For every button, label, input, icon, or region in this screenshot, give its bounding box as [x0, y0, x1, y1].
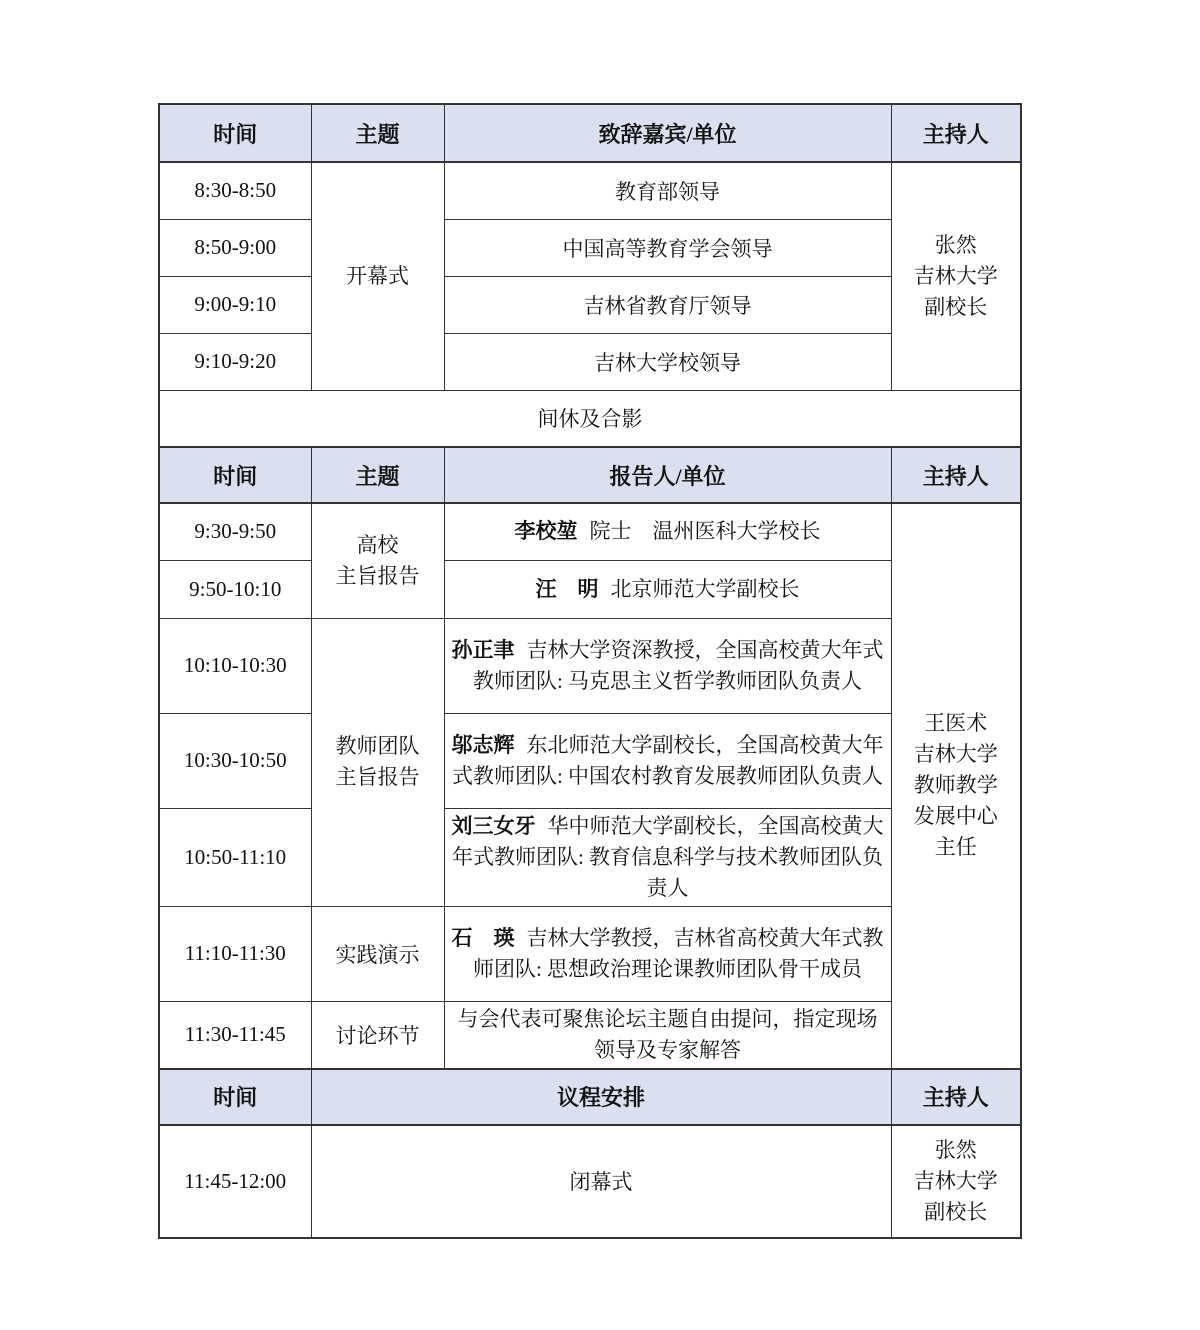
- guest-cell: 中国高等教育学会领导: [444, 219, 891, 276]
- host-cell-report: 王医术 吉林大学 教师教学 发展中心 主任: [891, 503, 1021, 1069]
- time-cell: 8:30-8:50: [159, 162, 311, 219]
- speaker-cell: 孙正聿吉林大学资深教授，全国高校黄大年式教师团队: 马克思主义哲学教师团队负责人: [444, 618, 891, 713]
- time-cell: 9:30-9:50: [159, 503, 311, 560]
- s3-header-agenda: 议程安排: [311, 1069, 891, 1125]
- time-cell: 11:45-12:00: [159, 1125, 311, 1238]
- break-row: 间休及合影: [159, 390, 1021, 447]
- time-cell: 10:10-10:30: [159, 618, 311, 713]
- speaker-cell: 刘三女牙华中师范大学副校长，全国高校黄大年式教师团队: 教育信息科学与技术教师团…: [444, 808, 891, 906]
- speaker-name: 邬志辉: [452, 733, 515, 757]
- speaker-cell: 李校堃院士 温州医科大学校长: [444, 503, 891, 560]
- report-header-row: 时间 主题 报告人/单位 主持人: [159, 447, 1021, 503]
- topic-cell-university-keynote: 高校 主旨报告: [311, 503, 444, 618]
- speaker-desc: 吉林大学资深教授，全国高校黄大年式教师团队: 马克思主义哲学教师团队负责人: [473, 638, 884, 693]
- topic-cell-team-keynote: 教师团队 主旨报告: [311, 618, 444, 906]
- topic-cell-practice-demo: 实践演示: [311, 906, 444, 1001]
- time-cell: 9:10-9:20: [159, 333, 311, 390]
- s3-header-time: 时间: [159, 1069, 311, 1125]
- time-cell: 9:50-10:10: [159, 560, 311, 618]
- guest-cell: 吉林大学校领导: [444, 333, 891, 390]
- s3-header-host: 主持人: [891, 1069, 1021, 1125]
- s1-header-host: 主持人: [891, 104, 1021, 162]
- speaker-cell: 汪 明北京师范大学副校长: [444, 560, 891, 618]
- speaker-cell: 石 瑛吉林大学教授，吉林省高校黄大年式教师团队: 思想政治理论课教师团队骨干成员: [444, 906, 891, 1001]
- table-row: 11:45-12:00 闭幕式 张然 吉林大学 副校长: [159, 1125, 1021, 1238]
- s2-header-time: 时间: [159, 447, 311, 503]
- speaker-name: 李校堃: [515, 519, 578, 543]
- speaker-desc: 吉林大学教授，吉林省高校黄大年式教师团队: 思想政治理论课教师团队骨干成员: [473, 926, 884, 981]
- s2-header-topic: 主题: [311, 447, 444, 503]
- table-row: 8:30-8:50 开幕式 教育部领导 张然 吉林大学 副校长: [159, 162, 1021, 219]
- speaker-desc: 东北师范大学副校长，全国高校黄大年式教师团队: 中国农村教育发展教师团队负责人: [452, 733, 884, 788]
- speaker-name: 石 瑛: [452, 926, 515, 950]
- speaker-name: 刘三女牙: [452, 814, 536, 838]
- s2-header-speaker: 报告人/单位: [444, 447, 891, 503]
- speaker-cell: 邬志辉东北师范大学副校长，全国高校黄大年式教师团队: 中国农村教育发展教师团队负…: [444, 713, 891, 808]
- speaker-desc: 北京师范大学副校长: [611, 577, 800, 601]
- table-row: 9:30-9:50 高校 主旨报告 李校堃院士 温州医科大学校长 王医术 吉林大…: [159, 503, 1021, 560]
- guest-cell: 教育部领导: [444, 162, 891, 219]
- s1-header-topic: 主题: [311, 104, 444, 162]
- guest-cell: 吉林省教育厅领导: [444, 276, 891, 333]
- time-cell: 10:30-10:50: [159, 713, 311, 808]
- time-cell: 11:30-11:45: [159, 1001, 311, 1069]
- document-page: 时间 主题 致辞嘉宾/单位 主持人 8:30-8:50 开幕式 教育部领导 张然…: [0, 0, 1200, 1330]
- s1-header-guest: 致辞嘉宾/单位: [444, 104, 891, 162]
- speaker-desc: 与会代表可聚焦论坛主题自由提问，指定现场领导及专家解答: [458, 1007, 878, 1062]
- speaker-cell: 与会代表可聚焦论坛主题自由提问，指定现场领导及专家解答: [444, 1001, 891, 1069]
- time-cell: 10:50-11:10: [159, 808, 311, 906]
- break-label: 间休及合影: [159, 390, 1021, 447]
- topic-cell-opening: 开幕式: [311, 162, 444, 390]
- speaker-name: 孙正聿: [452, 638, 515, 662]
- speaker-desc: 院士 温州医科大学校长: [590, 519, 821, 543]
- time-cell: 8:50-9:00: [159, 219, 311, 276]
- agenda-cell-closing: 闭幕式: [311, 1125, 891, 1238]
- host-cell-closing: 张然 吉林大学 副校长: [891, 1125, 1021, 1238]
- s1-header-time: 时间: [159, 104, 311, 162]
- speaker-name: 汪 明: [536, 577, 599, 601]
- host-cell-opening: 张然 吉林大学 副校长: [891, 162, 1021, 390]
- time-cell: 11:10-11:30: [159, 906, 311, 1001]
- topic-cell-discussion: 讨论环节: [311, 1001, 444, 1069]
- opening-header-row: 时间 主题 致辞嘉宾/单位 主持人: [159, 104, 1021, 162]
- s2-header-host: 主持人: [891, 447, 1021, 503]
- time-cell: 9:00-9:10: [159, 276, 311, 333]
- closing-header-row: 时间 议程安排 主持人: [159, 1069, 1021, 1125]
- schedule-table: 时间 主题 致辞嘉宾/单位 主持人 8:30-8:50 开幕式 教育部领导 张然…: [158, 103, 1022, 1239]
